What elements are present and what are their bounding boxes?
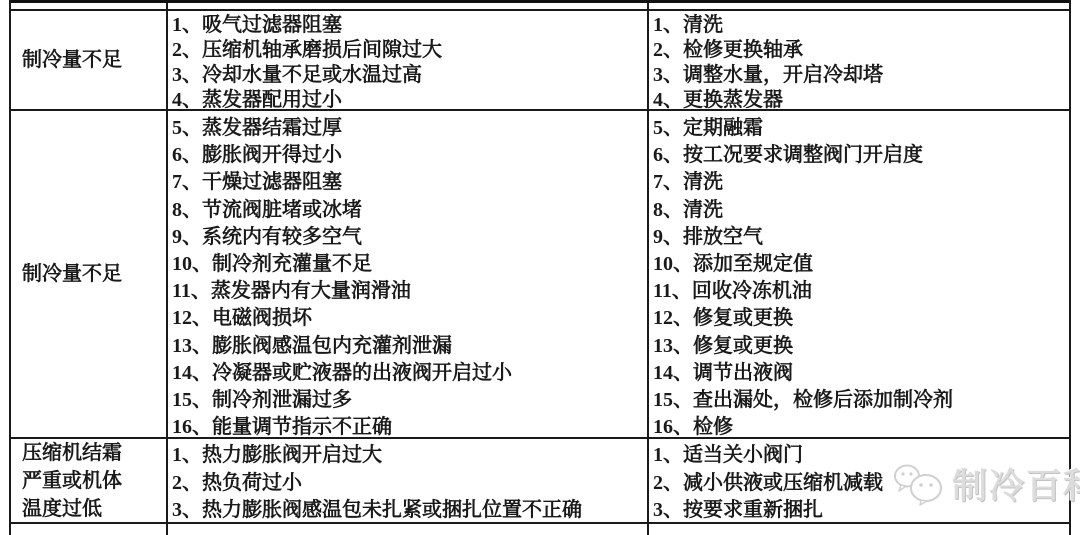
solution-item: 7、清洗 bbox=[653, 169, 1069, 196]
solution-item: 15、查出漏处，检修后添加制冷剂 bbox=[653, 387, 1069, 414]
solution-item: 9、排放空气 bbox=[653, 224, 1069, 251]
solution-item: 1、适当关小阀门 bbox=[653, 442, 1069, 470]
table-row-partial-bottom bbox=[11, 524, 1069, 535]
solution-item: 6、按工况要求调整阀门开启度 bbox=[653, 142, 1069, 169]
cause-item: 11、蒸发器内有大量润滑油 bbox=[172, 278, 647, 305]
solutions-cell: 5、定期融霜6、按工况要求调整阀门开启度7、清洗8、清洗9、排放空气10、添加至… bbox=[649, 111, 1069, 437]
causes-cell: 1、热力膨胀阀开启过大2、热负荷过小3、热力膨胀阀感温包未扎紧或捆扎位置不正确 bbox=[168, 439, 649, 522]
solutions-cell bbox=[649, 3, 1069, 9]
troubleshooting-table-page: 制冷量不足 1、吸气过滤器阻塞2、压缩机轴承磨损后间隙过大3、冷却水量不足或水温… bbox=[0, 0, 1080, 535]
fault-cell: 制冷量不足 bbox=[11, 11, 168, 109]
fault-cell: 压缩机结霜严重或机体温度过低 bbox=[11, 439, 168, 522]
cause-item: 5、蒸发器结霜过厚 bbox=[172, 115, 647, 142]
cause-item: 1、热力膨胀阀开启过大 bbox=[172, 442, 647, 470]
cause-item: 2、热负荷过小 bbox=[172, 470, 647, 498]
cause-item: 6、膨胀阀开得过小 bbox=[172, 142, 647, 169]
cause-item: 13、膨胀阀感温包内充灌剂泄漏 bbox=[172, 333, 647, 360]
fault-cell bbox=[11, 3, 168, 9]
causes-cell: 1、吸气过滤器阻塞2、压缩机轴承磨损后间隙过大3、冷却水量不足或水温过高4、蒸发… bbox=[168, 11, 649, 109]
solution-item: 11、回收冷冻机油 bbox=[653, 278, 1069, 305]
table-row: 制冷量不足 1、吸气过滤器阻塞2、压缩机轴承磨损后间隙过大3、冷却水量不足或水温… bbox=[11, 11, 1069, 111]
solution-item: 12、修复或更换 bbox=[653, 305, 1069, 332]
fault-cell: 制冷量不足 bbox=[11, 111, 168, 437]
causes-cell bbox=[168, 3, 649, 9]
solutions-cell: 1、适当关小阀门2、减小供液或压缩机减载3、按要求重新捆扎 bbox=[649, 439, 1069, 522]
cause-item: 4、蒸发器配用过小 bbox=[172, 88, 647, 113]
solution-item: 3、调整水量，开启冷却塔 bbox=[653, 63, 1069, 88]
cause-item: 7、干燥过滤器阻塞 bbox=[172, 169, 647, 196]
cause-item: 12、电磁阀损坏 bbox=[172, 305, 647, 332]
solution-item: 2、检修更换轴承 bbox=[653, 38, 1069, 63]
solution-item: 4、更换蒸发器 bbox=[653, 88, 1069, 113]
fault-line: 压缩机结霜 bbox=[22, 439, 166, 467]
solution-item: 1、清洗 bbox=[653, 13, 1069, 38]
fault-table: 制冷量不足 1、吸气过滤器阻塞2、压缩机轴承磨损后间隙过大3、冷却水量不足或水温… bbox=[9, 0, 1071, 535]
fault-line: 制冷量不足 bbox=[22, 46, 166, 74]
cause-item: 14、冷凝器或贮液器的出液阀开启过小 bbox=[172, 360, 647, 387]
causes-cell bbox=[168, 524, 649, 535]
fault-cell bbox=[11, 524, 168, 535]
solution-item: 3、按要求重新捆扎 bbox=[653, 497, 1069, 525]
cause-item: 8、节流阀脏堵或冰堵 bbox=[172, 197, 647, 224]
cause-item: 1、吸气过滤器阻塞 bbox=[172, 13, 647, 38]
cause-item: 15、制冷剂泄漏过多 bbox=[172, 387, 647, 414]
fault-line: 温度过低 bbox=[22, 495, 166, 523]
solution-item: 10、添加至规定值 bbox=[653, 251, 1069, 278]
solution-item: 14、调节出液阀 bbox=[653, 360, 1069, 387]
cause-item: 9、系统内有较多空气 bbox=[172, 224, 647, 251]
table-row: 压缩机结霜严重或机体温度过低 1、热力膨胀阀开启过大2、热负荷过小3、热力膨胀阀… bbox=[11, 439, 1069, 524]
cause-item: 2、压缩机轴承磨损后间隙过大 bbox=[172, 38, 647, 63]
cause-item: 3、热力膨胀阀感温包未扎紧或捆扎位置不正确 bbox=[172, 497, 647, 525]
solution-item: 2、减小供液或压缩机减载 bbox=[653, 470, 1069, 498]
fault-line: 制冷量不足 bbox=[22, 260, 166, 288]
solutions-cell: 1、清洗2、检修更换轴承3、调整水量，开启冷却塔4、更换蒸发器 bbox=[649, 11, 1069, 109]
solution-item: 16、检修 bbox=[653, 414, 1069, 441]
table-row-partial-top bbox=[11, 0, 1069, 11]
fault-line: 严重或机体 bbox=[22, 467, 166, 495]
cause-item: 10、制冷剂充灌量不足 bbox=[172, 251, 647, 278]
causes-cell: 5、蒸发器结霜过厚6、膨胀阀开得过小7、干燥过滤器阻塞8、节流阀脏堵或冰堵9、系… bbox=[168, 111, 649, 437]
cause-item: 16、能量调节指示不正确 bbox=[172, 414, 647, 441]
table-row: 制冷量不足 5、蒸发器结霜过厚6、膨胀阀开得过小7、干燥过滤器阻塞8、节流阀脏堵… bbox=[11, 111, 1069, 439]
solutions-cell bbox=[649, 524, 1069, 535]
cause-item: 3、冷却水量不足或水温过高 bbox=[172, 63, 647, 88]
solution-item: 5、定期融霜 bbox=[653, 115, 1069, 142]
solution-item: 8、清洗 bbox=[653, 197, 1069, 224]
solution-item: 13、修复或更换 bbox=[653, 333, 1069, 360]
